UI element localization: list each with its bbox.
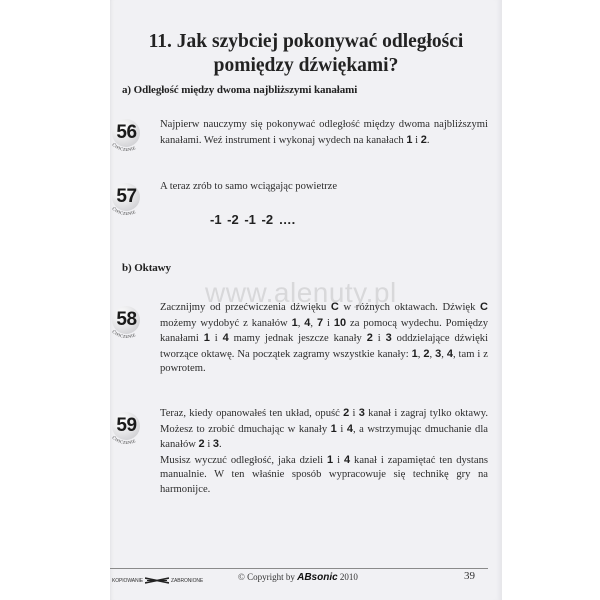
section-heading-b: b) Oktawy [122, 262, 171, 274]
badge-caption: ĆWICZENIE [106, 123, 150, 159]
book-page: 11. Jak szybciej pokonywać odległości po… [110, 0, 502, 600]
chapter-title: 11. Jak szybciej pokonywać odległości po… [110, 30, 502, 78]
svg-text:ĆWICZENIE: ĆWICZENIE [111, 206, 136, 216]
exercise-58-text: Zacznijmy od przećwiczenia dźwięku C w r… [160, 300, 488, 377]
badge-caption: ĆWICZENIE [106, 416, 150, 452]
exercise-59-text: Teraz, kiedy opanowałeś ten układ, opuść… [160, 406, 488, 498]
page-number: 39 [464, 570, 475, 582]
svg-text:ĆWICZENIE: ĆWICZENIE [111, 435, 136, 445]
notice-label-left: KOPIOWANIE [112, 578, 143, 584]
exercise-badge-58: 58 ĆWICZENIE [110, 304, 148, 342]
svg-text:ĆWICZENIE: ĆWICZENIE [111, 329, 136, 339]
copyright-prefix: © Copyright by [238, 572, 297, 582]
scissors-icon [145, 577, 169, 584]
copyright-notice: © Copyright by ABsonic 2010 [238, 572, 358, 583]
copyright-year: 2010 [338, 572, 358, 582]
chapter-title-line-1: 11. Jak szybciej pokonywać odległości [110, 30, 502, 54]
exercise-badge-59: 59 ĆWICZENIE [110, 410, 148, 448]
notice-label-right: ZABRONIONE [171, 578, 203, 584]
publisher-brand: ABsonic [297, 572, 338, 583]
exercise-57-sequence: -1 -2 -1 -2 …. [210, 212, 295, 227]
footer-divider [110, 568, 488, 569]
exercise-56-text: Najpierw nauczymy się pokonywać odległoś… [160, 118, 488, 148]
svg-text:ĆWICZENIE: ĆWICZENIE [111, 142, 136, 152]
chapter-title-line-2: pomiędzy dźwiękami? [110, 54, 502, 78]
copy-prohibited-notice: KOPIOWANIE ZABRONIONE [112, 577, 203, 584]
exercise-57-text: A teraz zrób to samo wciągając powietrze [160, 180, 488, 195]
exercise-badge-56: 56 ĆWICZENIE [110, 117, 148, 155]
exercise-badge-57: 57 ĆWICZENIE [110, 181, 148, 219]
badge-caption: ĆWICZENIE [106, 187, 150, 223]
section-heading-a: a) Odległość między dwoma najbliższymi k… [122, 84, 357, 96]
badge-caption: ĆWICZENIE [106, 310, 150, 346]
